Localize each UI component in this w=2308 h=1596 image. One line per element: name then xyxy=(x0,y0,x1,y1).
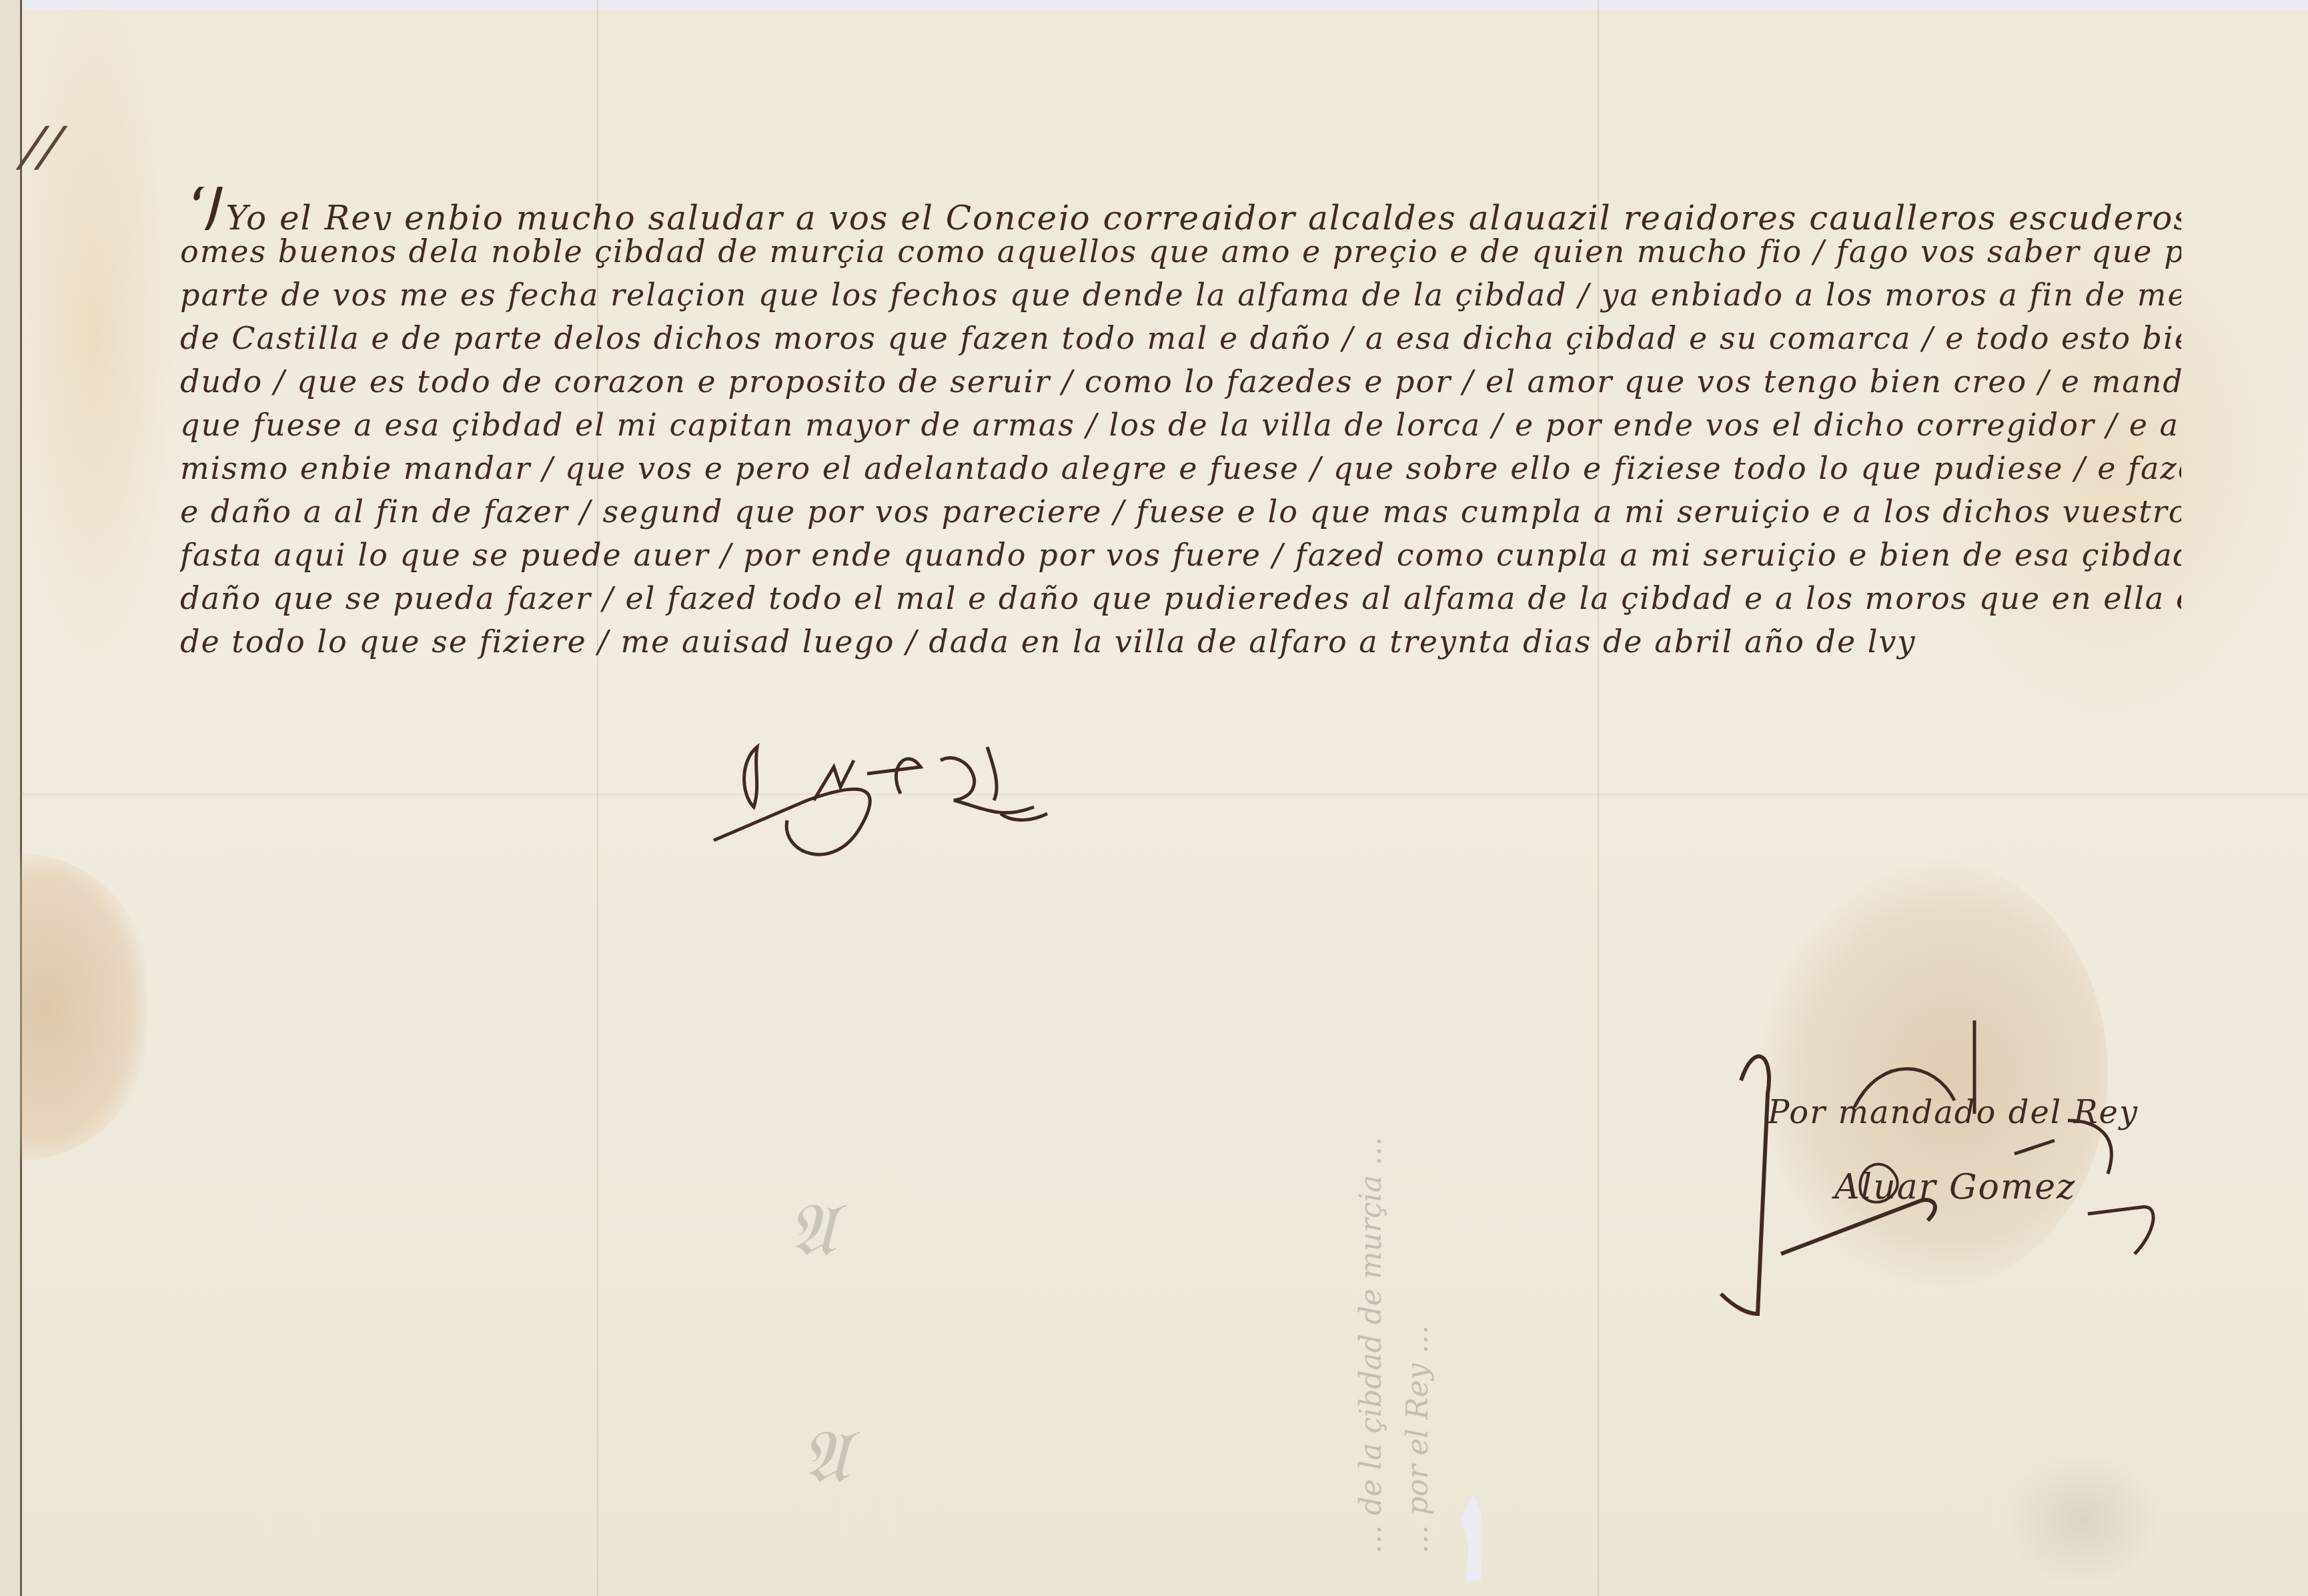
royal-signature: Yo el Rey xyxy=(700,720,1207,894)
text-line: ℐYo el Rey enbio mucho saludar a vos el … xyxy=(180,187,2181,230)
margin-mark: // xyxy=(17,127,67,167)
text-line: de Castilla e de parte delos dichos moro… xyxy=(180,317,2181,360)
text-line: parte de vos me es fecha relaçion que lo… xyxy=(180,273,2181,317)
bleed-through-text: … de la çibdad de murçia … xyxy=(1354,1136,1388,1554)
countersign-line-2: Aluar Gomez xyxy=(1834,1167,2076,1207)
manuscript-sheet: // ℐYo el Rey enbio mucho saludar a vos … xyxy=(0,0,2308,1596)
signature-flourish-icon xyxy=(700,720,1207,894)
bleed-through-mark: 𝔄 xyxy=(800,1414,849,1501)
text-line: dudo / que es todo de corazon e proposit… xyxy=(180,360,2181,404)
bleed-through-mark: 𝔄 xyxy=(787,1187,836,1274)
text-line: daño que se pueda fazer / el fazed todo … xyxy=(180,577,2181,620)
paper-tear xyxy=(1461,1494,1481,1581)
secretary-countersign: Por mandado del Rey Aluar Gomez xyxy=(1694,1000,2161,1334)
text-line: de todo lo que se fiziere / me auisad lu… xyxy=(180,620,2181,664)
text-line: omes buenos dela noble çibdad de murçia … xyxy=(180,230,2181,273)
water-stain xyxy=(20,854,147,1160)
scan-top-edge xyxy=(20,0,2308,9)
letter-body: ℐYo el Rey enbio mucho saludar a vos el … xyxy=(180,187,2181,664)
text-line: que fuese a esa çibdad el mi capitan may… xyxy=(180,404,2181,447)
dirt-stain xyxy=(2001,1454,2161,1587)
text-line: e daño a al fin de fazer / segund que po… xyxy=(180,490,2181,534)
decorated-initial: ℐ xyxy=(180,187,219,230)
countersign-line-1: Por mandado del Rey xyxy=(1768,1094,2139,1131)
text-line: mismo enbie mandar / que vos e pero el a… xyxy=(180,447,2181,490)
binding-gutter xyxy=(0,0,22,1596)
text-line: fasta aqui lo que se puede auer / por en… xyxy=(180,534,2181,577)
bleed-through-text: … por el Rey … xyxy=(1401,1325,1435,1554)
